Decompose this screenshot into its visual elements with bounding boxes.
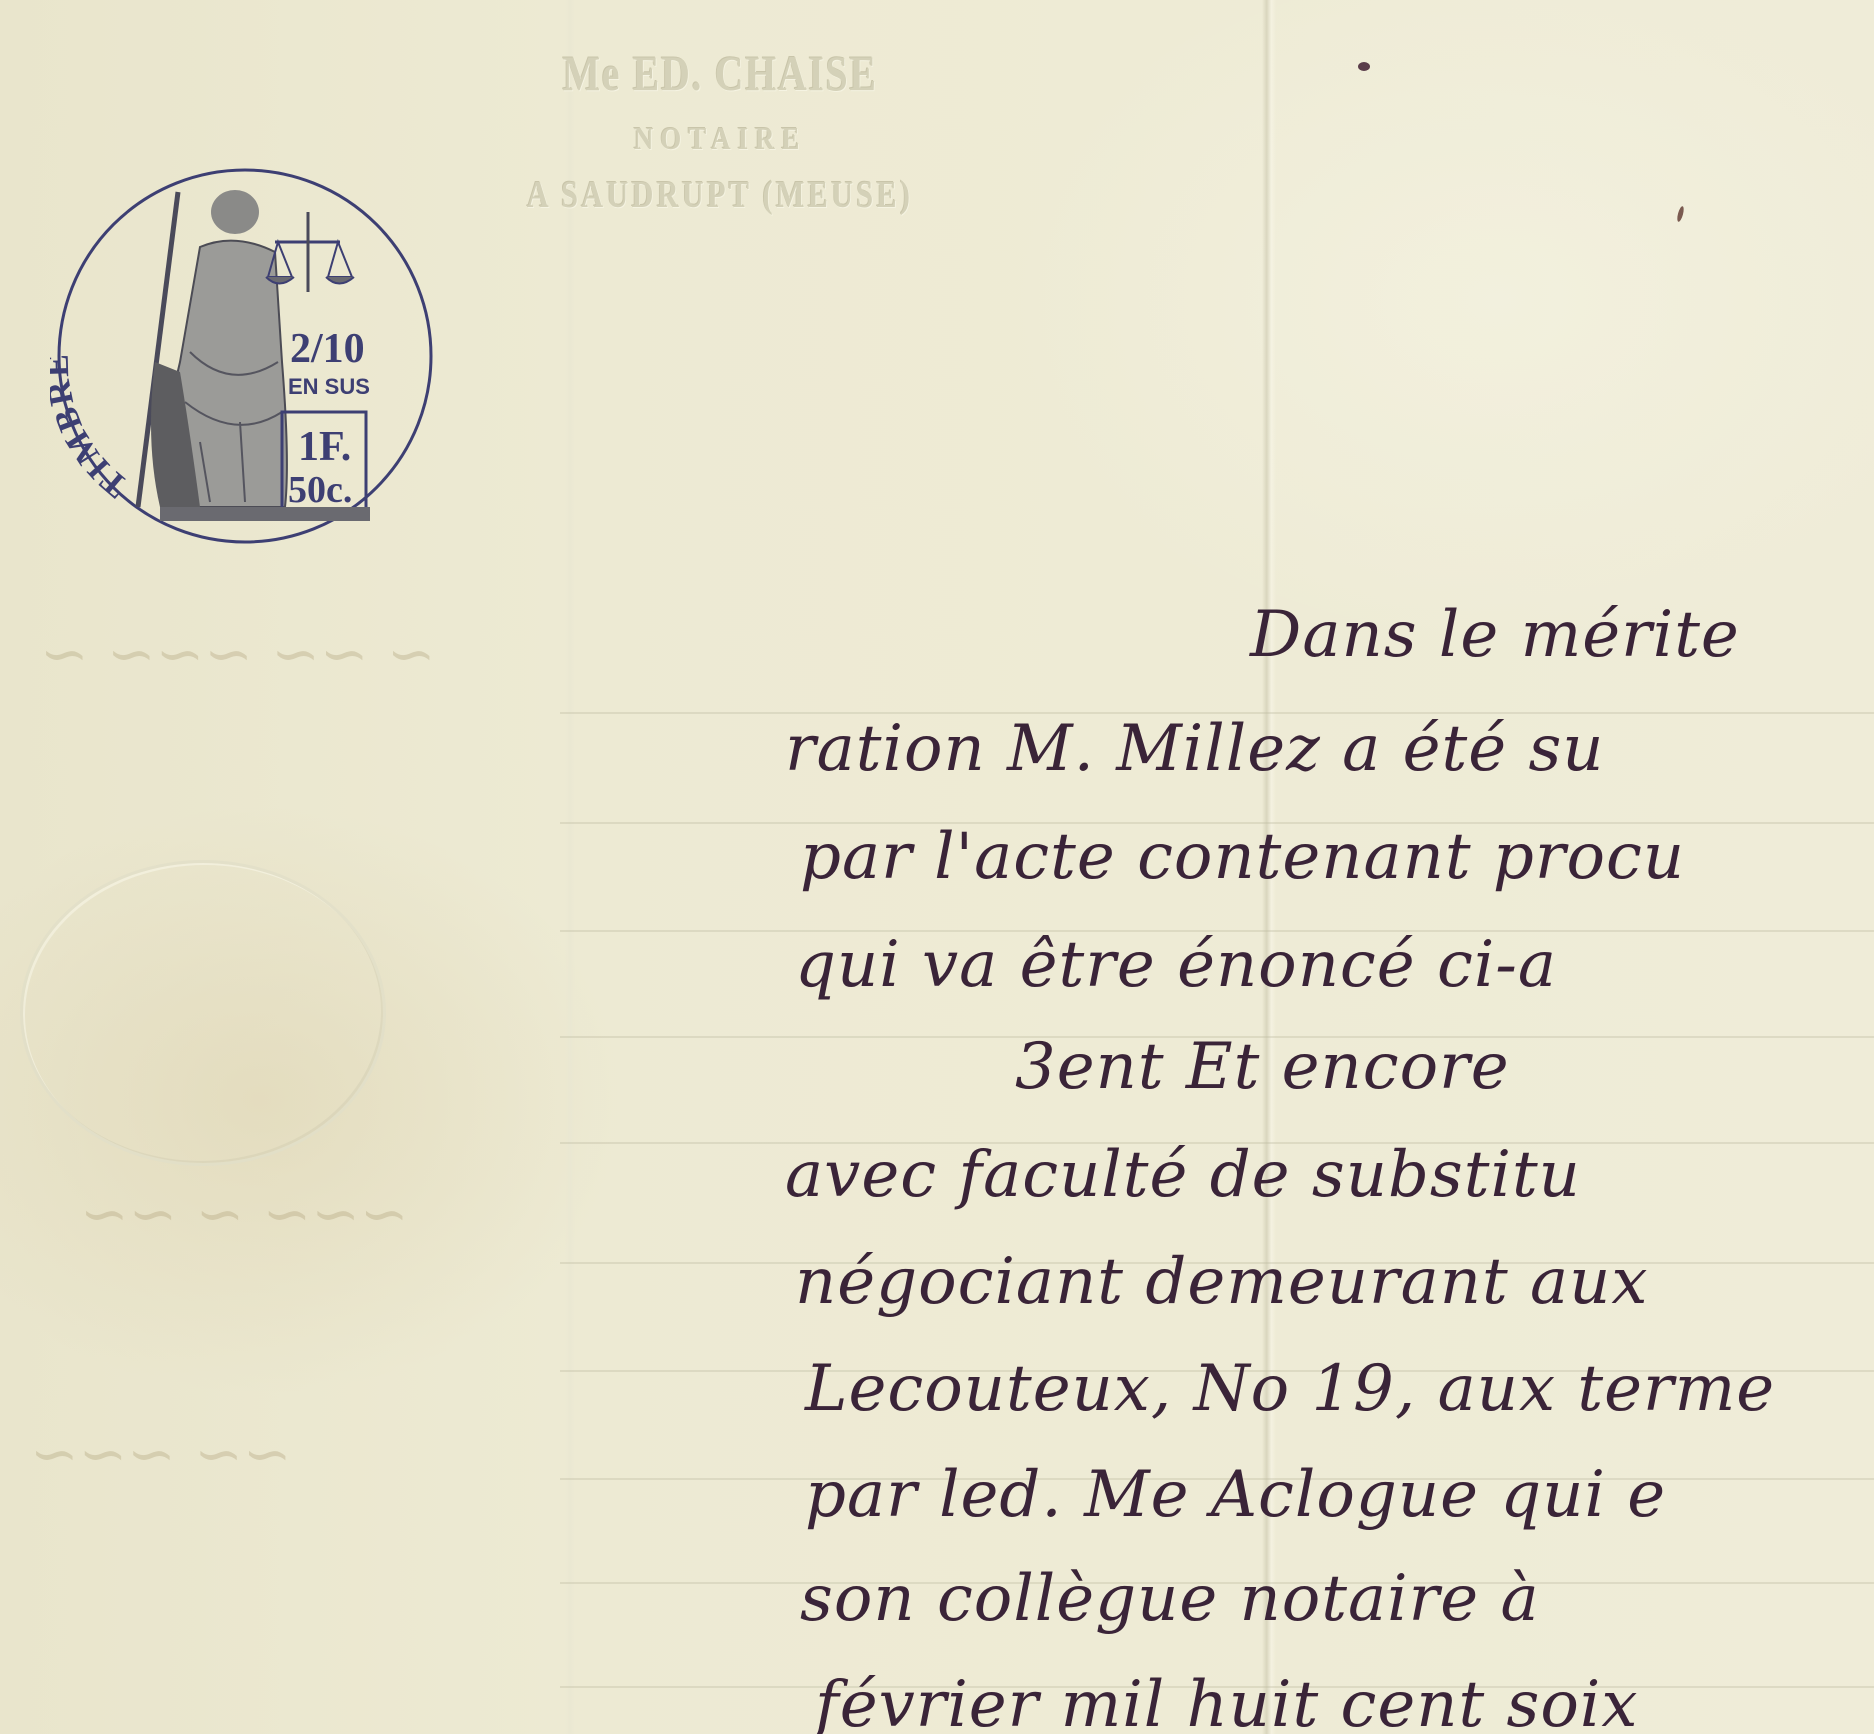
handwriting-line: négociant demeurant aux [795,1245,1648,1319]
svg-text:TIMBRE: TIMBRE [50,352,135,505]
bleed-through-text: ~ ~~ ~~~ ~ [40,620,436,688]
handwriting-line: par l'acte contenant procu [800,820,1685,894]
letterhead: Me ED. CHAISE NOTAIRE A SAUDRUPT (MEUSE) [460,44,980,217]
stamp-value-francs: 1F. [298,424,351,470]
handwriting-line: Dans le mérite [1250,598,1740,672]
handwriting-line: ration M. Millez a été su [785,712,1605,786]
handwriting-line: 3ent Et encore [1015,1030,1510,1104]
tax-stamp: TIMBRE 2/10 EN SUS 1F. 50c. [50,162,440,550]
stamp-label: TIMBRE [50,352,135,505]
stamp-value-centimes: 50c. [288,469,352,511]
stamp-surcharge: 2/10 [290,326,365,372]
handwriting-line: son collègue notaire à [800,1562,1540,1636]
handwriting-line: par led. Me Aclogue qui e [805,1458,1666,1532]
handwriting-line: février mil huit cent soix [815,1668,1638,1734]
bleed-through-text: ~~~ ~ ~~ [80,1180,408,1248]
bleed-through-text: ~~ ~~~ [30,1420,291,1488]
embossed-seal [20,860,386,1166]
notary-title: NOTAIRE [499,120,941,157]
justice-stamp-icon: TIMBRE 2/10 EN SUS 1F. 50c. [50,162,440,550]
handwriting-line: avec faculté de substitu [785,1138,1581,1212]
paper-crease [565,0,575,1734]
notary-place: A SAUDRUPT (MEUSE) [512,173,928,217]
ink-spot [1358,62,1370,71]
stamp-surcharge-text: EN SUS [288,374,370,399]
handwriting-line: Lecouteux, No 19, aux terme [805,1352,1775,1426]
notary-name: Me ED. CHAISE [512,44,928,102]
handwriting-line: qui va être énoncé ci-a [795,928,1557,1002]
